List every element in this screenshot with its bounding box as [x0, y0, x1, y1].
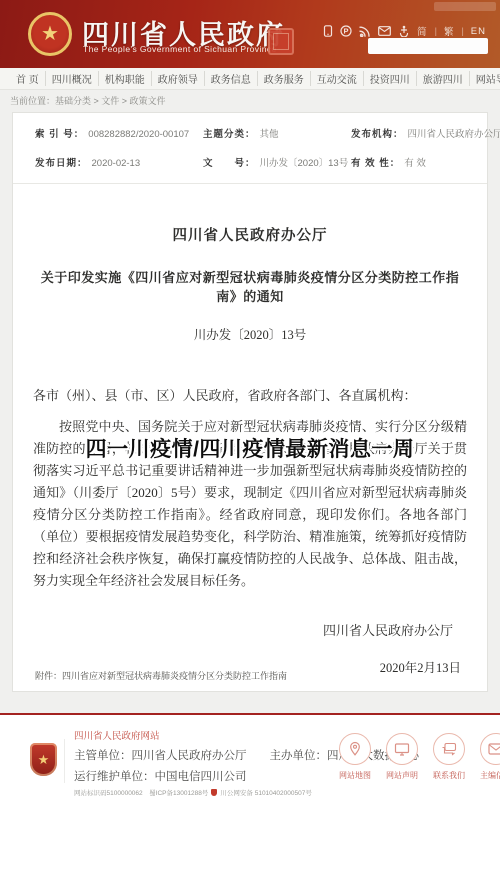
meta-topic: 主题分类：其他 — [203, 126, 351, 140]
document-title: 关于印发实施《四川省应对新型冠状病毒肺炎疫情分区分类防控工作指南》的通知 — [33, 267, 467, 305]
nav-item-invest[interactable]: 投资四川 — [363, 71, 416, 86]
breadcrumb: 当前位置：基础分类 > 文件 > 政策文件 — [10, 94, 166, 107]
site-footer: ★ 四川省人民政府网站 主管单位：四川省人民政府办公厅 主办单位：四川省大数据中… — [0, 715, 500, 815]
footer-vertical-divider — [64, 739, 65, 783]
nav-item-functions[interactable]: 机构职能 — [98, 71, 151, 86]
footer-link-mailbox[interactable]: 主编信箱 — [476, 733, 500, 781]
search-bar — [368, 38, 488, 54]
lang-separator: | — [435, 26, 437, 36]
nav-item-home[interactable]: 首 页 — [10, 71, 45, 86]
document-panel: 索 引 号：008282882/2020-00107 主题分类：其他 发布机构：… — [12, 112, 488, 692]
lang-traditional[interactable]: 繁 — [444, 24, 455, 38]
main-nav: 首 页 四川概况 机构职能 政府领导 政务信息 政务服务 互动交流 投资四川 旅… — [0, 68, 500, 90]
svg-text:P: P — [344, 27, 349, 36]
site-title-en: The People's Government of Sichuan Provi… — [83, 44, 277, 54]
mobile-icon[interactable] — [323, 25, 333, 37]
nav-item-leaders[interactable]: 政府领导 — [151, 71, 204, 86]
meta-pub-date: 发布日期：2020-02-13 — [35, 155, 203, 169]
footer-quick-links: 网站地图 网站声明 联系我们 主编信箱 — [335, 733, 500, 781]
map-pin-icon — [339, 733, 371, 765]
document-signer: 四川省人民政府办公厅 — [33, 620, 467, 639]
nav-item-travel[interactable]: 旅游四川 — [416, 71, 469, 86]
search-input[interactable] — [368, 38, 488, 54]
page: ★ 四川省人民政府 The People's Government of Sic… — [0, 0, 500, 887]
national-emblem-icon: ★ — [28, 12, 72, 56]
screenshot-watermark — [434, 2, 496, 11]
nav-item-overview[interactable]: 四川概况 — [45, 71, 98, 86]
meta-doc-no: 文 号：川办发〔2020〕13号 — [203, 155, 351, 169]
meta-index-no: 索 引 号：008282882/2020-00107 — [35, 126, 203, 140]
badge-p-icon[interactable]: P — [340, 25, 352, 37]
meta-issuer: 发布机构：四川省人民政府办公厅 — [351, 126, 500, 140]
attachment-link[interactable]: 附件：四川省应对新型冠状病毒肺炎疫情分区分类防控工作指南 — [35, 669, 287, 682]
overlay-watermark-text: 四一川疫情/四川疫情最新消息一周 — [86, 433, 415, 463]
seal-stamp-icon — [268, 28, 294, 55]
footer-security-text[interactable]: 川公网安备 51010402000507号 — [220, 788, 311, 797]
lang-simplified[interactable]: 简 — [417, 24, 428, 38]
nav-item-interaction[interactable]: 互动交流 — [310, 71, 363, 86]
document-number: 川办发〔2020〕13号 — [33, 325, 467, 343]
footer-link-contact[interactable]: 联系我们 — [429, 733, 469, 781]
nav-item-sitemap[interactable]: 网站导航 — [469, 71, 500, 86]
badge-star-icon: ★ — [38, 753, 50, 766]
nav-item-gov-info[interactable]: 政务信息 — [204, 71, 257, 86]
document-org-header: 四川省人民政府办公厅 — [33, 224, 467, 245]
footer-link-statement[interactable]: 网站声明 — [382, 733, 422, 781]
footer-icp-text: 网站标识码5100000062 蜀ICP备13001288号 — [74, 788, 208, 797]
monitor-icon — [386, 733, 418, 765]
accessibility-icon[interactable] — [398, 25, 410, 37]
gov-badge-icon: ★ — [30, 743, 57, 776]
header-utility-row: P 简 | 繁 | EN — [323, 24, 486, 38]
site-header: ★ 四川省人民政府 The People's Government of Sic… — [0, 0, 500, 68]
nav-item-gov-services[interactable]: 政务服务 — [257, 71, 310, 86]
footer-link-sitemap[interactable]: 网站地图 — [335, 733, 375, 781]
meta-validity: 有 效 性：有 效 — [351, 155, 500, 169]
footer-registration-line: 网站标识码5100000062 蜀ICP备13001288号 川公网安备 510… — [74, 788, 419, 797]
chat-bubbles-icon — [433, 733, 465, 765]
police-badge-icon — [211, 789, 217, 796]
envelope-icon — [480, 733, 500, 765]
document-meta-table: 索 引 号：008282882/2020-00107 主题分类：其他 发布机构：… — [13, 113, 487, 184]
star-icon: ★ — [41, 24, 59, 44]
mail-icon[interactable] — [378, 26, 391, 36]
lang-separator: | — [461, 26, 463, 36]
document-salutation: 各市（州）、县（市、区）人民政府，省政府各部门、各直属机构： — [33, 385, 467, 404]
lang-english[interactable]: EN — [471, 26, 486, 37]
rss-icon[interactable] — [359, 25, 371, 37]
